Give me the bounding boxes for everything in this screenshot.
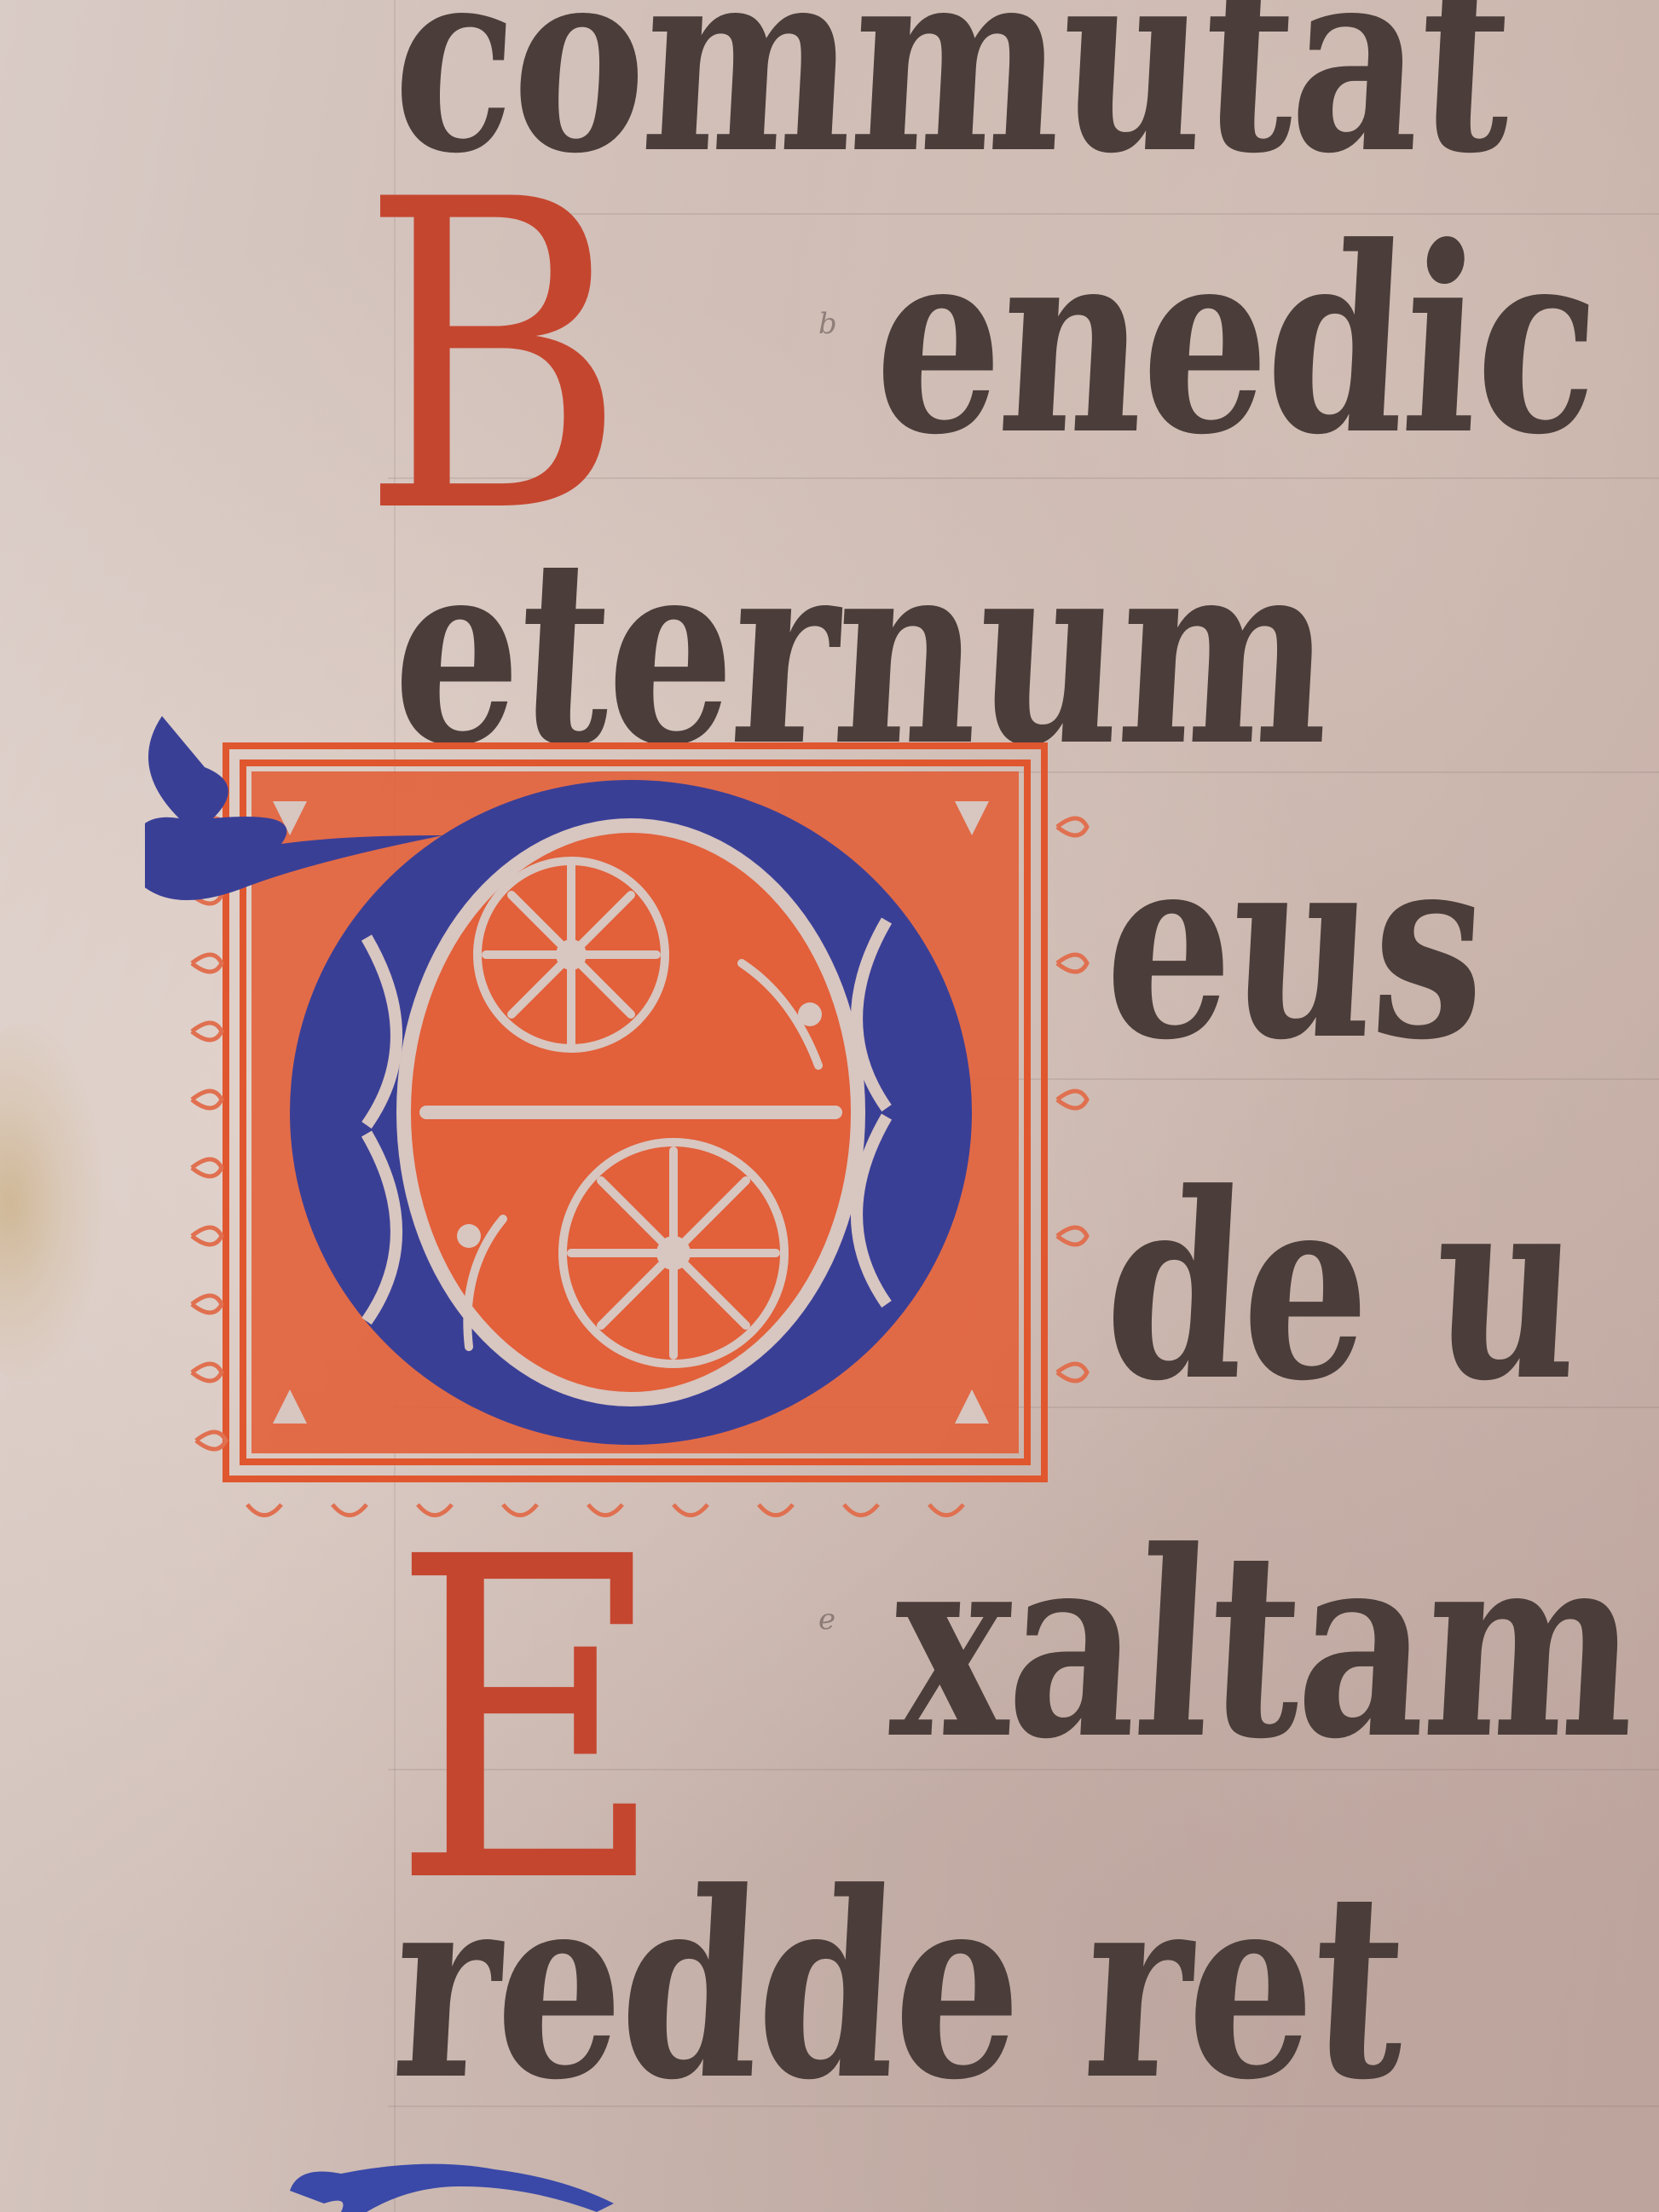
text-line-xaltam: xaltam xyxy=(887,1517,1641,1773)
guide-letter-b: b xyxy=(818,307,837,341)
text-line-eus: eus xyxy=(1100,818,1490,1074)
blue-flourish-bottom xyxy=(281,2157,639,2212)
text-line-enedic: enedic xyxy=(870,213,1604,469)
text-line-redde-ret: redde ret xyxy=(388,1858,1409,2114)
guide-letter-e: e xyxy=(818,1603,835,1637)
text-line-de-u: de u xyxy=(1100,1159,1584,1415)
illuminated-initial-d xyxy=(145,707,1125,1543)
